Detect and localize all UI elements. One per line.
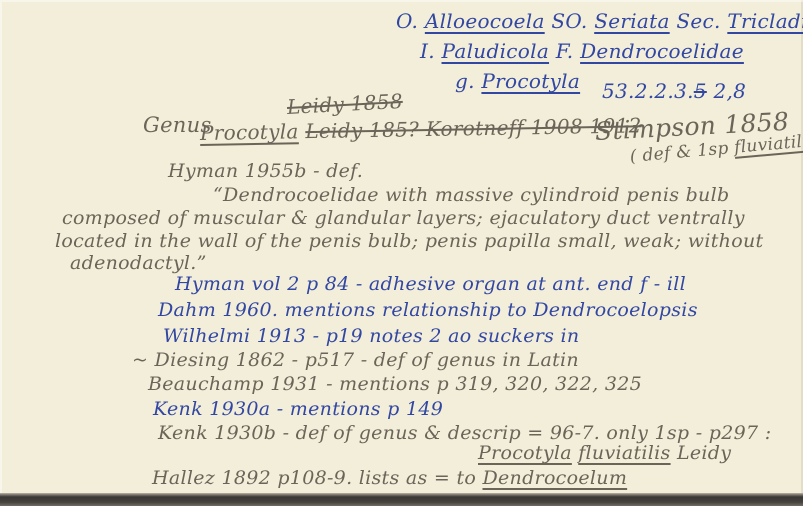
text-segment: I.: [420, 39, 442, 63]
text-segment: located in the wall of the penis bulb; p…: [55, 230, 763, 252]
scanner-edge: [0, 493, 803, 506]
genus-name-authors-line: Procotyla Leidy 185? Korotneff 1908 1912: [200, 114, 642, 144]
text-segment: composed of muscular & glandular layers;…: [62, 207, 745, 229]
hallez-1892-ref: Hallez 1892 p108-9. lists as = to Dendro…: [152, 468, 627, 489]
scanned-index-card: O. Alloeocoela SO. Seriata Sec. Tricladi…: [0, 0, 803, 506]
diesing-1862-ref: ~ Diesing 1862 - p517 - def of genus in …: [132, 350, 579, 371]
quote-line-1: “Dendrocoelidae with massive cylindroid …: [213, 185, 729, 206]
text-segment: Seriata: [594, 9, 669, 33]
text-segment: Leidy 185? Korotneff 1908 1912: [305, 113, 642, 143]
text-segment: F.: [549, 39, 580, 63]
quote-line-3: located in the wall of the penis bulb; p…: [55, 231, 763, 252]
beauchamp-1931-ref: Beauchamp 1931 - mentions p 319, 320, 32…: [148, 374, 642, 395]
text-segment: g.: [455, 69, 481, 93]
dahm-1960-ref: Dahm 1960. mentions relationship to Dend…: [158, 300, 698, 321]
text-segment: O.: [396, 9, 425, 33]
text-segment: Procotyla: [481, 69, 580, 93]
text-segment: Tricladida: [727, 9, 803, 33]
procotyla-fluviatilis-leidy: Procotyla fluviatilis Leidy: [478, 443, 731, 464]
text-segment: Dendrocoelum: [482, 467, 627, 489]
text-segment: Beauchamp 1931 - mentions p 319, 320, 32…: [148, 373, 642, 395]
handwriting-layer: O. Alloeocoela SO. Seriata Sec. Tricladi…: [0, 0, 803, 506]
text-segment: Procotyla: [200, 119, 299, 145]
text-segment: Dendrocoelidae: [580, 39, 744, 63]
text-segment: adenodactyl.”: [70, 252, 207, 274]
text-segment: ~ Diesing 1862 - p517 - def of genus in …: [132, 349, 579, 371]
text-segment: Leidy 1858: [286, 89, 403, 119]
text-segment: Paludicola: [442, 39, 550, 63]
kenk-1930a-ref: Kenk 1930a - mentions p 149: [153, 399, 443, 420]
quote-line-4: adenodactyl.”: [70, 253, 207, 274]
quote-line-2: composed of muscular & glandular layers;…: [62, 208, 745, 229]
text-segment: 2,8: [707, 79, 746, 103]
wilhelmi-1913-ref: Wilhelmi 1913 - p19 notes 2 ao suckers i…: [163, 326, 579, 347]
infraorder-family-line: I. Paludicola F. Dendrocoelidae: [420, 40, 744, 62]
text-segment: Kenk 1930a - mentions p 149: [153, 398, 443, 420]
text-segment: “Dendrocoelidae with massive cylindroid …: [213, 184, 729, 206]
text-segment: Hallez 1892 p108-9. lists as = to: [152, 467, 482, 489]
text-segment: 5: [694, 79, 707, 103]
text-segment: Dahm 1960. mentions relationship to Dend…: [158, 299, 698, 321]
classification-code: 53.2.2.3.5 2,8: [602, 80, 746, 102]
text-segment: Wilhelmi 1913 - p19 notes 2 ao suckers i…: [163, 325, 579, 347]
text-segment: Hyman 1955b - def.: [168, 160, 363, 182]
text-segment: SO.: [545, 9, 595, 33]
text-segment: Procotyla: [478, 442, 572, 464]
text-segment: Kenk 1930b - def of genus & descrip = 96…: [158, 422, 771, 444]
text-segment: fluviatilis: [578, 442, 670, 464]
text-segment: Sec.: [670, 9, 728, 33]
hyman-vol2-ref: Hyman vol 2 p 84 - adhesive organ at ant…: [175, 274, 686, 295]
text-segment: Leidy: [671, 442, 732, 464]
text-segment: Alloeocoela: [425, 9, 545, 33]
genus-abbrev-line: g. Procotyla: [455, 70, 580, 92]
text-segment: Hyman vol 2 p 84 - adhesive organ at ant…: [175, 273, 686, 295]
order-suborder-section-line: O. Alloeocoela SO. Seriata Sec. Tricladi…: [396, 10, 803, 32]
text-segment: 53.2.2.3.: [602, 79, 694, 103]
kenk-1930b-ref: Kenk 1930b - def of genus & descrip = 96…: [158, 423, 771, 444]
hyman-1955b-ref: Hyman 1955b - def.: [168, 161, 363, 182]
struck-leidy-1858: Leidy 1858: [286, 90, 403, 118]
